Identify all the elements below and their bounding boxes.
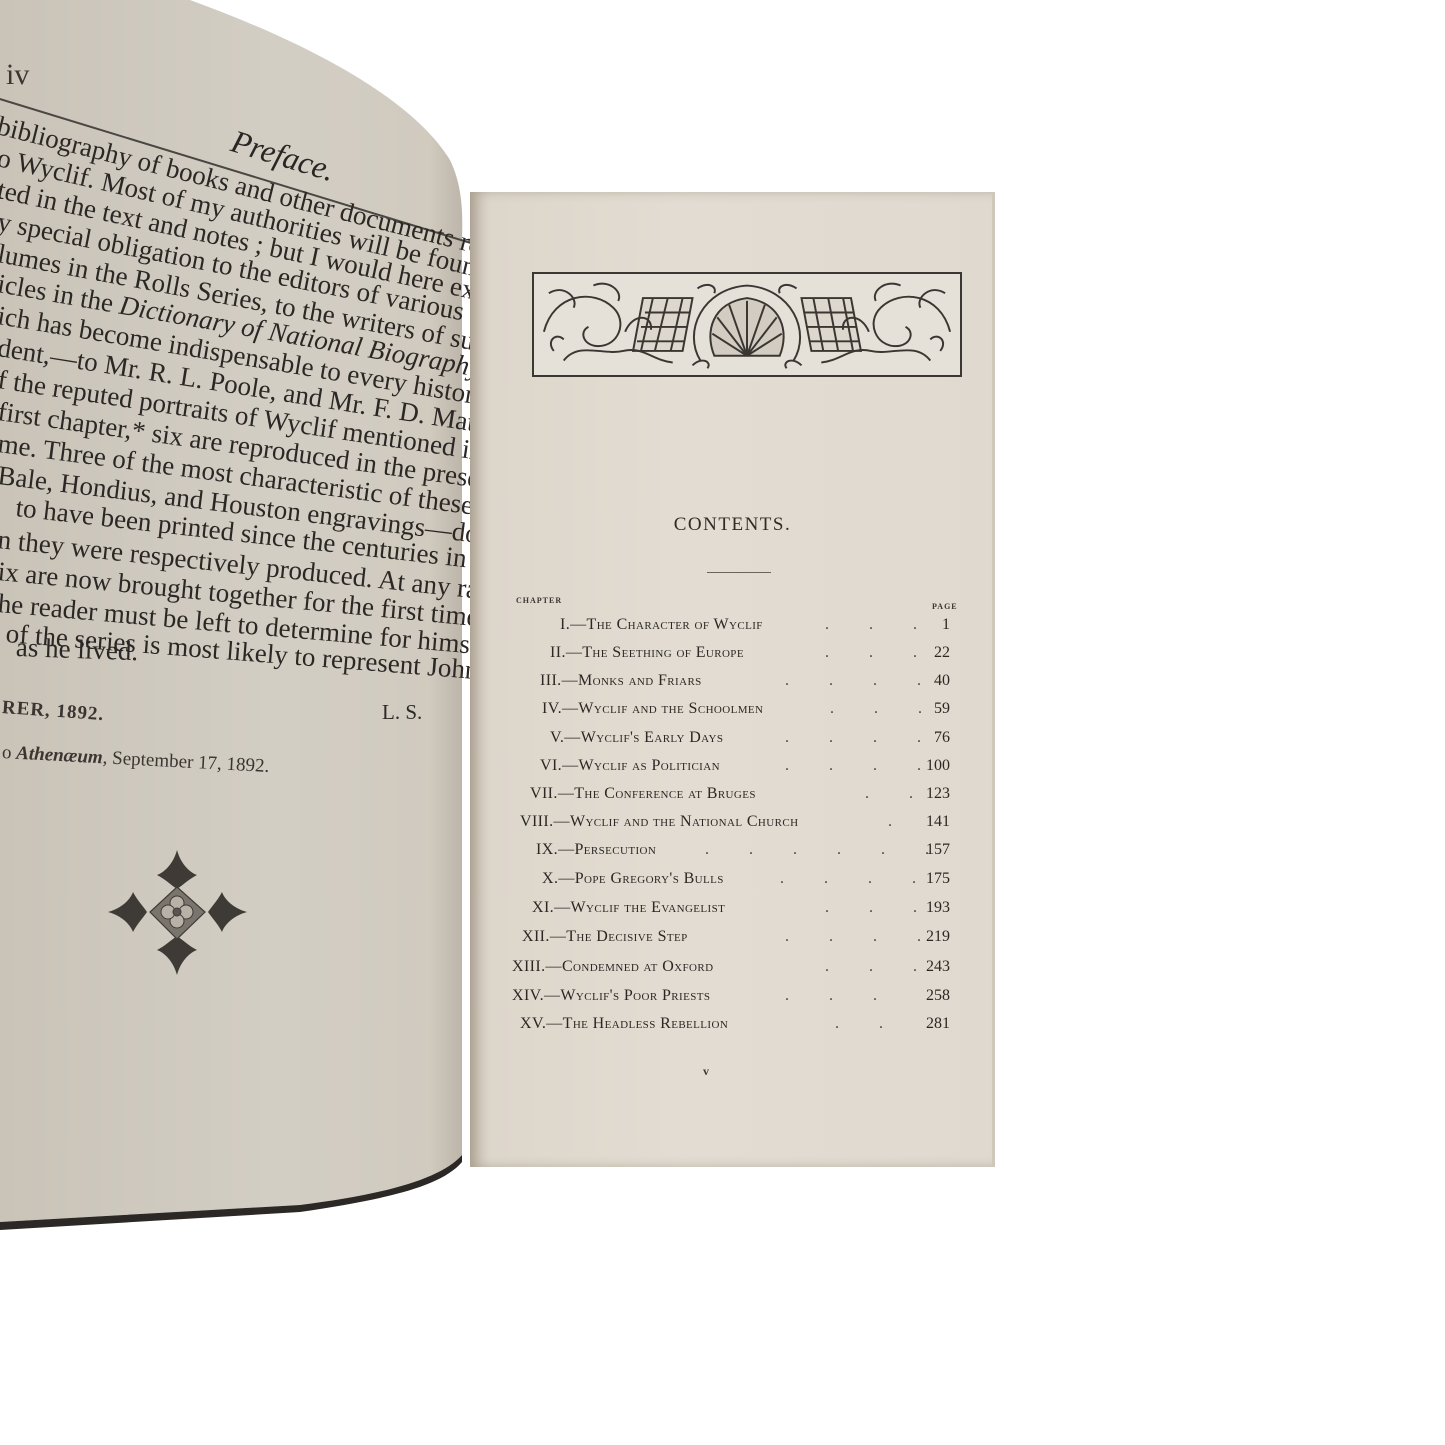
toc-entry-title: I.—The Character of Wyclif — [560, 616, 763, 634]
signoff-date: RER, 1892. — [1, 697, 105, 726]
toc-entry-page: 141 — [900, 813, 950, 831]
toc-entry-title: X.—Pope Gregory's Bulls — [542, 870, 724, 888]
toc-entry-title: VIII.—Wyclif and the National Church — [520, 813, 798, 831]
toc-entry-title: III.—Monks and Friars — [540, 672, 702, 690]
footnote: o Athenæum, September 17, 1892. — [1, 742, 269, 778]
toc-entry-title: IV.—Wyclif and the Schoolmen — [542, 700, 763, 718]
preface-body: bibliography of books and other document… — [0, 0, 480, 700]
dot-leader: . . . — [785, 987, 895, 1005]
table-of-contents: I.—The Character of Wyclif . . . 1 II.—T… — [470, 192, 995, 1092]
toc-entry[interactable]: III.—Monks and Friars . . . . 40 — [470, 672, 995, 698]
toc-entry-title: IX.—Persecution — [536, 841, 656, 859]
toc-entry[interactable]: IV.—Wyclif and the Schoolmen . . . 59 — [470, 700, 995, 726]
left-page-content: iv Preface. bibliography of books and ot… — [0, 0, 480, 1230]
preface-line: as he lived. — [15, 632, 138, 666]
toc-entry[interactable]: XIV.—Wyclif's Poor Priests . . . 258 — [470, 987, 995, 1013]
toc-entry-title: XII.—The Decisive Step — [522, 928, 688, 946]
toc-entry-page: 40 — [900, 672, 950, 690]
toc-entry[interactable]: II.—The Seething of Europe . . . 22 — [470, 644, 995, 670]
toc-entry-title: VI.—Wyclif as Politician — [540, 757, 720, 775]
toc-entry-title: V.—Wyclif's Early Days — [550, 729, 723, 747]
toc-entry-title: XV.—The Headless Rebellion — [520, 1015, 728, 1033]
footnote-italic: Athenæum — [16, 743, 104, 769]
toc-entry-page: 100 — [900, 757, 950, 775]
toc-entry[interactable]: VI.—Wyclif as Politician . . . . 100 — [470, 757, 995, 783]
toc-entry[interactable]: I.—The Character of Wyclif . . . 1 — [470, 616, 995, 642]
toc-entry-title: VII.—The Conference at Bruges — [530, 785, 756, 803]
toc-entry-page: 281 — [900, 1015, 950, 1033]
toc-entry[interactable]: VIII.—Wyclif and the National Church . 1… — [470, 813, 995, 839]
right-page: CONTENTS. CHAPTER PAGE I.—The Character … — [470, 192, 995, 1167]
left-page: iv Preface. bibliography of books and ot… — [0, 0, 480, 1230]
signoff-initials: L. S. — [382, 700, 422, 725]
fleuron-icon — [105, 845, 250, 980]
toc-entry[interactable]: V.—Wyclif's Early Days . . . . 76 — [470, 729, 995, 755]
toc-entry[interactable]: X.—Pope Gregory's Bulls . . . . 175 — [470, 870, 995, 896]
toc-entry-page: 157 — [900, 841, 950, 859]
folio-number: v — [703, 1064, 709, 1079]
toc-entry-page: 76 — [900, 729, 950, 747]
toc-entry[interactable]: XI.—Wyclif the Evangelist . . . 193 — [470, 899, 995, 925]
toc-entry-page: 22 — [900, 644, 950, 662]
toc-entry-title: XI.—Wyclif the Evangelist — [532, 899, 725, 917]
toc-entry-page: 123 — [900, 785, 950, 803]
toc-entry-page: 1 — [900, 616, 950, 634]
toc-entry-page: 59 — [900, 700, 950, 718]
toc-entry-page: 219 — [900, 928, 950, 946]
toc-entry-title: II.—The Seething of Europe — [550, 644, 744, 662]
toc-entry[interactable]: XIII.—Condemned at Oxford . . . 243 — [470, 958, 995, 984]
toc-entry[interactable]: XII.—The Decisive Step . . . . 219 — [470, 928, 995, 954]
toc-entry[interactable]: XV.—The Headless Rebellion . . 281 — [470, 1015, 995, 1041]
toc-entry[interactable]: VII.—The Conference at Bruges . . 123 — [470, 785, 995, 811]
toc-entry[interactable]: IX.—Persecution . . . . . . 157 — [470, 841, 995, 867]
toc-entry-title: XIII.—Condemned at Oxford — [512, 958, 713, 976]
dot-leader: . . — [835, 1015, 901, 1033]
toc-entry-page: 193 — [900, 899, 950, 917]
toc-entry-page: 258 — [900, 987, 950, 1005]
toc-entry-page: 243 — [900, 958, 950, 976]
toc-entry-page: 175 — [900, 870, 950, 888]
toc-entry-title: XIV.—Wyclif's Poor Priests — [512, 987, 710, 1005]
